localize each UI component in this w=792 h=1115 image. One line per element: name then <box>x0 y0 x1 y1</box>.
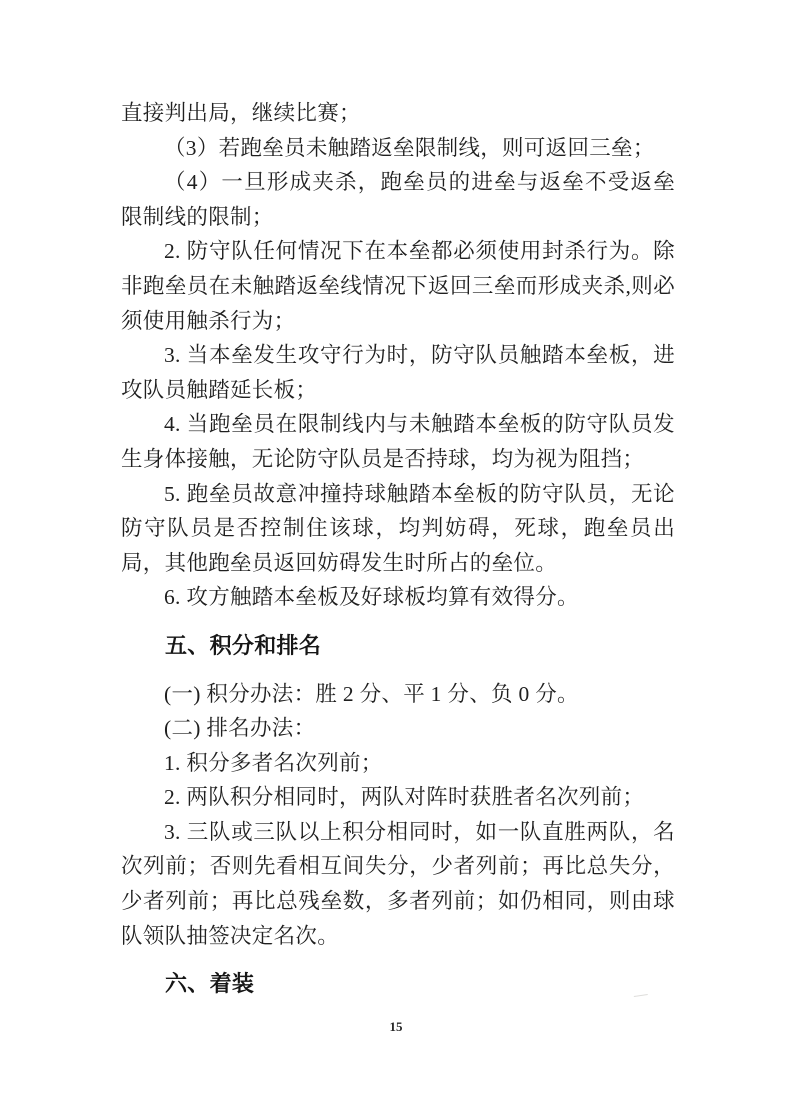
paragraph: 2. 防守队任何情况下在本垒都必须使用封杀行为。除非跑垒员在未触踏返垒线情况下返… <box>121 234 675 338</box>
document-page: 直接判出局，继续比赛；（3）若跑垒员未触踏返垒限制线，则可返回三垒；（4）一旦形… <box>0 0 792 1115</box>
paragraph: 2. 两队积分相同时，两队对阵时获胜者名次列前； <box>121 780 675 815</box>
paragraph: (二) 排名办法： <box>121 711 675 746</box>
section-heading: 六、着装 <box>121 967 675 1002</box>
paragraph: 3. 当本垒发生攻守行为时，防守队员触踏本垒板，进攻队员触踏延长板； <box>121 338 675 407</box>
paragraph: 5. 跑垒员故意冲撞持球触踏本垒板的防守队员，无论防守队员是否控制住该球，均判妨… <box>121 477 675 581</box>
document-body: 直接判出局，继续比赛；（3）若跑垒员未触踏返垒限制线，则可返回三垒；（4）一旦形… <box>121 96 675 1015</box>
paragraph: 4. 当跑垒员在限制线内与未触踏本垒板的防守队员发生身体接触，无论防守队员是否持… <box>121 407 675 476</box>
page-number: 15 <box>0 1019 792 1035</box>
paragraph: (一) 积分办法：胜 2 分、平 1 分、负 0 分。 <box>121 677 675 712</box>
paragraph: （3）若跑垒员未触踏返垒限制线，则可返回三垒； <box>121 131 675 166</box>
paragraph: 6. 攻方触踏本垒板及好球板均算有效得分。 <box>121 580 675 615</box>
paragraph: 直接判出局，继续比赛； <box>121 96 675 131</box>
paragraph: 1. 积分多者名次列前； <box>121 746 675 781</box>
paragraph: 3. 三队或三队以上积分相同时，如一队直胜两队，名次列前；否则先看相互间失分，少… <box>121 815 675 953</box>
paragraph: （4）一旦形成夹杀，跑垒员的进垒与返垒不受返垒限制线的限制； <box>121 165 675 234</box>
section-heading: 五、积分和排名 <box>121 629 675 664</box>
